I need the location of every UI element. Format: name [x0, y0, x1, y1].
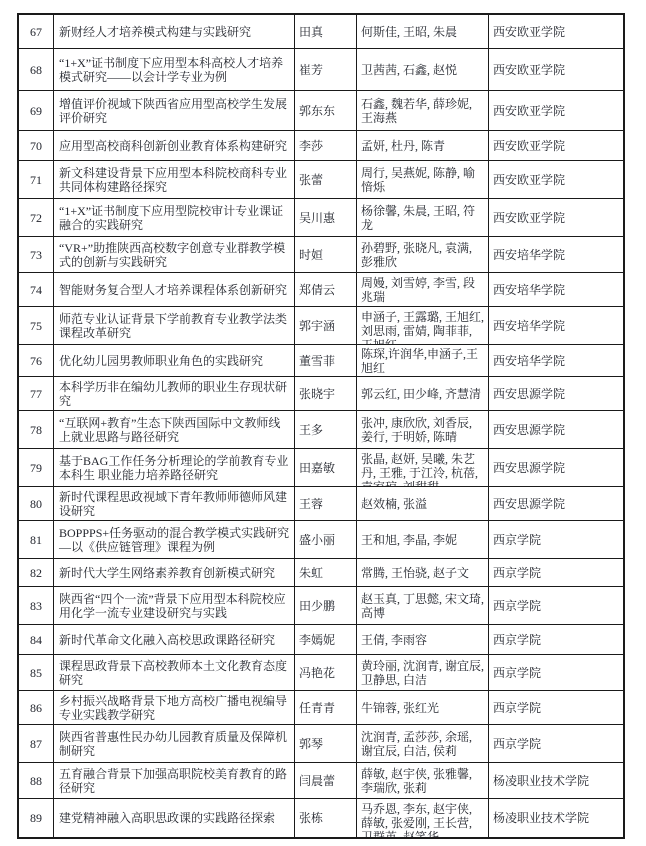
member-names: 周嫚, 刘雪婷, 李雪, 段兆瑞 [361, 276, 484, 304]
project-title: BOPPPS+任务驱动的混合教学模式实践研究—以《供应链管理》课程为例 [59, 526, 290, 554]
project-title: 基于BAG工作任务分析理论的学前教育专业本科生 职业能力培养路径研究 [59, 454, 290, 482]
row-number-cell: 79 [19, 449, 54, 486]
member-names: 张冲, 康欣欣, 刘香辰, 姜行, 于明娇, 陈晴 [361, 416, 484, 444]
table-row: 82 新时代大学生网络素养教育创新模式研究 朱虹 常腾, 王怡骁, 赵子文 西京… [19, 559, 623, 587]
table-row: 77 本科学历非在编幼儿教师的职业生存现状研究 张晓宇 郭云红, 田少峰, 齐慧… [19, 377, 623, 411]
member-names: 赵效楠, 张溢 [361, 497, 427, 511]
institution-cell: 西安思源学院 [489, 377, 623, 410]
table-row: 87 陕西省普惠性民办幼儿园教育质量及保障机制研究 郭琴 沈润青, 孟莎莎, 余… [19, 725, 623, 763]
leader-name: 吴川惠 [299, 211, 335, 225]
leader-cell: 张栋 [295, 799, 357, 837]
leader-name: 田嘉敏 [299, 461, 335, 475]
institution-name: 西安欧亚学院 [493, 139, 565, 153]
table-row: 76 优化幼儿园男教师职业角色的实践研究 董雪菲 陈琛,许润华,申涵子,王旭红 … [19, 345, 623, 377]
row-number: 80 [30, 497, 42, 511]
institution-name: 西安培华学院 [493, 354, 565, 368]
members-cell: 常腾, 王怡骁, 赵子文 [357, 559, 489, 586]
member-names: 常腾, 王怡骁, 赵子文 [361, 566, 469, 580]
members-cell: 张晶, 赵妍, 吴曦, 朱艺丹, 王雅, 于江泠, 杭蓓, 袁家琼, 刘甜甜 [357, 449, 489, 486]
members-cell: 张冲, 康欣欣, 刘香辰, 姜行, 于明娇, 陈晴 [357, 411, 489, 448]
row-number-cell: 78 [19, 411, 54, 448]
leader-cell: 郭宇涵 [295, 307, 357, 344]
member-names: 黄玲丽, 沈润青, 谢宜辰, 卫静思, 白洁 [361, 659, 484, 687]
row-number: 86 [30, 701, 42, 715]
institution-cell: 西安欧亚学院 [489, 199, 623, 236]
members-cell: 赵效楠, 张溢 [357, 487, 489, 520]
project-title-cell: 智能财务复合型人才培养课程体系创新研究 [54, 273, 295, 306]
project-title: 新时代革命文化融入高校思政课路径研究 [59, 633, 275, 647]
row-number-cell: 89 [19, 799, 54, 837]
leader-name: 郭宇涵 [299, 319, 335, 333]
institution-cell: 西安思源学院 [489, 411, 623, 448]
institution-name: 西京学院 [493, 701, 541, 715]
row-number-cell: 82 [19, 559, 54, 586]
table-row: 88 五育融合背景下加强高职院校美育教育的路径研究 闫晨蕾 薛敏, 赵宇侠, 张… [19, 763, 623, 799]
leader-name: 朱虹 [299, 566, 323, 580]
leader-cell: 董雪菲 [295, 345, 357, 376]
members-cell: 郭云红, 田少峰, 齐慧清 [357, 377, 489, 410]
members-cell: 黄玲丽, 沈润青, 谢宜辰, 卫静思, 白洁 [357, 655, 489, 690]
members-cell: 孟妍, 杜丹, 陈青 [357, 131, 489, 160]
table-row: 80 新时代课程思政视域下青年教师师德师风建设研究 王蓉 赵效楠, 张溢 西安思… [19, 487, 623, 521]
project-title: 师范专业认证背景下学前教育专业教学法类课程改革研究 [59, 312, 290, 340]
leader-cell: 郑倩云 [295, 273, 357, 306]
member-names: 周行, 吴燕妮, 陈静, 喻愔烁 [361, 166, 484, 194]
institution-name: 西安欧亚学院 [493, 63, 565, 77]
institution-cell: 西安思源学院 [489, 449, 623, 486]
institution-cell: 西安培华学院 [489, 345, 623, 376]
table-row: 85 课程思政背景下高校教师本土文化教育态度研究 冯艳花 黄玲丽, 沈润青, 谢… [19, 655, 623, 691]
member-names: 张晶, 赵妍, 吴曦, 朱艺丹, 王雅, 于江泠, 杭蓓, 袁家琼, 刘甜甜 [361, 452, 484, 486]
institution-cell: 西京学院 [489, 725, 623, 762]
leader-cell: 朱虹 [295, 559, 357, 586]
leader-name: 王多 [299, 423, 323, 437]
leader-name: 张蕾 [299, 173, 323, 187]
row-number-cell: 72 [19, 199, 54, 236]
leader-name: 冯艳花 [299, 666, 335, 680]
table-row: 75 师范专业认证背景下学前教育专业教学法类课程改革研究 郭宇涵 申涵子, 王露… [19, 307, 623, 345]
institution-name: 西安思源学院 [493, 461, 565, 475]
members-cell: 赵玉真, 丁思懿, 宋文琦, 高博 [357, 587, 489, 624]
leader-cell: 李莎 [295, 131, 357, 160]
table-row: 78 “互联网+教育”生态下陕西国际中文教师线上就业思路与路径研究 王多 张冲,… [19, 411, 623, 449]
member-names: 何斯佳, 王昭, 朱晨 [361, 25, 457, 39]
members-cell: 周嫚, 刘雪婷, 李雪, 段兆瑞 [357, 273, 489, 306]
project-title: 新时代课程思政视域下青年教师师德师风建设研究 [59, 490, 290, 518]
row-number: 74 [30, 283, 42, 297]
project-title: 课程思政背景下高校教师本土文化教育态度研究 [59, 659, 290, 687]
project-title-cell: 增值评价视域下陕西省应用型高校学生发展评价研究 [54, 91, 295, 130]
leader-name: 田真 [299, 25, 323, 39]
member-names: 陈琛,许润华,申涵子,王旭红 [361, 347, 484, 375]
table-row: 73 “VR+”助推陕西高校数字创意专业群教学模式的创新与实践研究 时姮 孙碧野… [19, 237, 623, 273]
project-title: 建党精神融入高职思政课的实践路径探索 [59, 811, 275, 825]
project-title-cell: 本科学历非在编幼儿教师的职业生存现状研究 [54, 377, 295, 410]
member-names: 石鑫, 魏若华, 薛珍妮, 王海燕 [361, 97, 484, 125]
member-names: 孟妍, 杜丹, 陈青 [361, 139, 445, 153]
institution-cell: 杨凌职业技术学院 [489, 763, 623, 798]
institution-cell: 西京学院 [489, 587, 623, 624]
table-row: 71 新文科建设背景下应用型本科院校商科专业共同体构建路径探究 张蕾 周行, 吴… [19, 161, 623, 199]
institution-name: 西京学院 [493, 566, 541, 580]
project-title-cell: 新时代革命文化融入高校思政课路径研究 [54, 625, 295, 654]
leader-name: 郭东东 [299, 104, 335, 118]
leader-name: 田少鹏 [299, 599, 335, 613]
institution-cell: 西安培华学院 [489, 237, 623, 272]
project-title-cell: 五育融合背景下加强高职院校美育教育的路径研究 [54, 763, 295, 798]
project-title-cell: 新时代课程思政视域下青年教师师德师风建设研究 [54, 487, 295, 520]
institution-cell: 西京学院 [489, 559, 623, 586]
members-cell: 陈琛,许润华,申涵子,王旭红 [357, 345, 489, 376]
leader-cell: 冯艳花 [295, 655, 357, 690]
institution-name: 西安欧亚学院 [493, 211, 565, 225]
members-cell: 杨徐馨, 朱晨, 王昭, 符龙 [357, 199, 489, 236]
project-title-cell: 课程思政背景下高校教师本土文化教育态度研究 [54, 655, 295, 690]
members-cell: 卫茜茜, 石鑫, 赵悦 [357, 49, 489, 90]
project-title-cell: “1+X”证书制度下应用型本科高校人才培养模式研究——以会计学专业为例 [54, 49, 295, 90]
leader-cell: 田少鹏 [295, 587, 357, 624]
row-number-cell: 70 [19, 131, 54, 160]
institution-name: 西京学院 [493, 737, 541, 751]
institution-cell: 西安培华学院 [489, 307, 623, 344]
project-title-cell: 建党精神融入高职思政课的实践路径探索 [54, 799, 295, 837]
member-names: 王倩, 李雨容 [361, 633, 427, 647]
table-row: 84 新时代革命文化融入高校思政课路径研究 李嫣妮 王倩, 李雨容 西京学院 [19, 625, 623, 655]
members-cell: 王倩, 李雨容 [357, 625, 489, 654]
row-number-cell: 71 [19, 161, 54, 198]
project-title: 陕西省普惠性民办幼儿园教育质量及保障机制研究 [59, 730, 290, 758]
leader-name: 郑倩云 [299, 283, 335, 297]
project-title-cell: “1+X”证书制度下应用型院校审计专业课证融合的实践研究 [54, 199, 295, 236]
project-title-cell: 新文科建设背景下应用型本科院校商科专业共同体构建路径探究 [54, 161, 295, 198]
leader-name: 王蓉 [299, 497, 323, 511]
row-number-cell: 80 [19, 487, 54, 520]
row-number: 75 [30, 319, 42, 333]
member-names: 牛锦蓉, 张红光 [361, 701, 439, 715]
leader-name: 董雪菲 [299, 354, 335, 368]
member-names: 王和旭, 李晶, 李妮 [361, 533, 457, 547]
institution-name: 西安思源学院 [493, 423, 565, 437]
member-names: 杨徐馨, 朱晨, 王昭, 符龙 [361, 204, 484, 232]
project-title-cell: “VR+”助推陕西高校数字创意专业群教学模式的创新与实践研究 [54, 237, 295, 272]
project-title-cell: 新时代大学生网络素养教育创新模式研究 [54, 559, 295, 586]
project-title: 新时代大学生网络素养教育创新模式研究 [59, 566, 275, 580]
leader-cell: 田真 [295, 15, 357, 48]
row-number: 88 [30, 774, 42, 788]
row-number-cell: 75 [19, 307, 54, 344]
leader-cell: 郭东东 [295, 91, 357, 130]
institution-name: 西安欧亚学院 [493, 104, 565, 118]
row-number: 67 [30, 25, 42, 39]
row-number-cell: 88 [19, 763, 54, 798]
project-title: 陕西省“四个一流”背景下应用型本科院校应用化学一流专业建设研究与实践 [59, 592, 290, 620]
institution-cell: 西京学院 [489, 655, 623, 690]
project-title-cell: 新财经人才培养模式构建与实践研究 [54, 15, 295, 48]
project-title-cell: 师范专业认证背景下学前教育专业教学法类课程改革研究 [54, 307, 295, 344]
leader-cell: 盛小丽 [295, 521, 357, 558]
project-title: “1+X”证书制度下应用型院校审计专业课证融合的实践研究 [59, 204, 290, 232]
institution-name: 西京学院 [493, 599, 541, 613]
project-title: “1+X”证书制度下应用型本科高校人才培养模式研究——以会计学专业为例 [59, 56, 290, 84]
leader-name: 任青青 [299, 701, 335, 715]
row-number: 84 [30, 633, 42, 647]
row-number: 87 [30, 737, 42, 751]
project-title-cell: 应用型高校商科创新创业教育体系构建研究 [54, 131, 295, 160]
member-names: 沈润青, 孟莎莎, 余瑶, 谢宜辰, 白洁, 侯莉 [361, 730, 484, 758]
institution-cell: 西安思源学院 [489, 487, 623, 520]
row-number-cell: 84 [19, 625, 54, 654]
row-number: 72 [30, 211, 42, 225]
row-number: 78 [30, 423, 42, 437]
institution-cell: 西安欧亚学院 [489, 49, 623, 90]
table-row: 68 “1+X”证书制度下应用型本科高校人才培养模式研究——以会计学专业为例 崔… [19, 49, 623, 91]
leader-cell: 王蓉 [295, 487, 357, 520]
row-number: 85 [30, 666, 42, 680]
table-row: 69 增值评价视域下陕西省应用型高校学生发展评价研究 郭东东 石鑫, 魏若华, … [19, 91, 623, 131]
institution-cell: 西安培华学院 [489, 273, 623, 306]
member-names: 马乔恩, 李东, 赵宇侠, 薛敏, 张爱刚, 王长营, 卫群英, 赵笑华 [361, 802, 484, 837]
member-names: 申涵子, 王露璐, 王旭红, 刘思雨, 雷婧, 陶菲菲, 王旭红 [361, 310, 484, 344]
leader-name: 郭琴 [299, 737, 323, 751]
project-title: 五育融合背景下加强高职院校美育教育的路径研究 [59, 767, 290, 795]
leader-cell: 李嫣妮 [295, 625, 357, 654]
project-title-cell: 基于BAG工作任务分析理论的学前教育专业本科生 职业能力培养路径研究 [54, 449, 295, 486]
leader-name: 盛小丽 [299, 533, 335, 547]
row-number: 83 [30, 599, 42, 613]
project-title: “VR+”助推陕西高校数字创意专业群教学模式的创新与实践研究 [59, 241, 290, 269]
table-row: 81 BOPPPS+任务驱动的混合教学模式实践研究—以《供应链管理》课程为例 盛… [19, 521, 623, 559]
table-row: 79 基于BAG工作任务分析理论的学前教育专业本科生 职业能力培养路径研究 田嘉… [19, 449, 623, 487]
table-row: 86 乡村振兴战略背景下地方高校广播电视编导专业实践教学研究 任青青 牛锦蓉, … [19, 691, 623, 725]
institution-cell: 西安欧亚学院 [489, 91, 623, 130]
institution-name: 西安培华学院 [493, 283, 565, 297]
members-cell: 沈润青, 孟莎莎, 余瑶, 谢宜辰, 白洁, 侯莉 [357, 725, 489, 762]
project-title: 增值评价视域下陕西省应用型高校学生发展评价研究 [59, 97, 290, 125]
project-title: 应用型高校商科创新创业教育体系构建研究 [59, 139, 287, 153]
row-number-cell: 76 [19, 345, 54, 376]
project-title-cell: 乡村振兴战略背景下地方高校广播电视编导专业实践教学研究 [54, 691, 295, 724]
row-number-cell: 69 [19, 91, 54, 130]
row-number-cell: 77 [19, 377, 54, 410]
row-number: 68 [30, 63, 42, 77]
row-number: 71 [30, 173, 42, 187]
leader-name: 时姮 [299, 248, 323, 262]
row-number: 89 [30, 811, 42, 825]
members-cell: 周行, 吴燕妮, 陈静, 喻愔烁 [357, 161, 489, 198]
member-names: 孙碧野, 张晓凡, 袁满, 彭雅欣 [361, 241, 484, 269]
leader-cell: 闫晨蕾 [295, 763, 357, 798]
row-number-cell: 68 [19, 49, 54, 90]
institution-name: 西京学院 [493, 533, 541, 547]
row-number: 69 [30, 104, 42, 118]
leader-name: 崔芳 [299, 63, 323, 77]
institution-cell: 西京学院 [489, 521, 623, 558]
row-number-cell: 67 [19, 15, 54, 48]
row-number: 81 [30, 533, 42, 547]
table-row: 72 “1+X”证书制度下应用型院校审计专业课证融合的实践研究 吴川惠 杨徐馨,… [19, 199, 623, 237]
members-cell: 薛敏, 赵宇侠, 张雅馨, 李瑞欣, 张莉 [357, 763, 489, 798]
project-title-cell: 陕西省“四个一流”背景下应用型本科院校应用化学一流专业建设研究与实践 [54, 587, 295, 624]
leader-cell: 吴川惠 [295, 199, 357, 236]
institution-name: 西安欧亚学院 [493, 173, 565, 187]
leader-cell: 张晓宇 [295, 377, 357, 410]
leader-name: 闫晨蕾 [299, 774, 335, 788]
row-number-cell: 73 [19, 237, 54, 272]
table-row: 67 新财经人才培养模式构建与实践研究 田真 何斯佳, 王昭, 朱晨 西安欧亚学… [19, 15, 623, 49]
projects-table: 67 新财经人才培养模式构建与实践研究 田真 何斯佳, 王昭, 朱晨 西安欧亚学… [17, 13, 625, 839]
institution-name: 杨凌职业技术学院 [493, 811, 589, 825]
project-title: 智能财务复合型人才培养课程体系创新研究 [59, 283, 287, 297]
leader-cell: 张蕾 [295, 161, 357, 198]
leader-cell: 田嘉敏 [295, 449, 357, 486]
leader-name: 李嫣妮 [299, 633, 335, 647]
institution-cell: 西京学院 [489, 691, 623, 724]
member-names: 郭云红, 田少峰, 齐慧清 [361, 387, 481, 401]
project-title: 新文科建设背景下应用型本科院校商科专业共同体构建路径探究 [59, 166, 290, 194]
row-number-cell: 87 [19, 725, 54, 762]
row-number-cell: 74 [19, 273, 54, 306]
member-names: 赵玉真, 丁思懿, 宋文琦, 高博 [361, 592, 484, 620]
members-cell: 何斯佳, 王昭, 朱晨 [357, 15, 489, 48]
leader-name: 张晓宇 [299, 387, 335, 401]
row-number: 77 [30, 387, 42, 401]
members-cell: 石鑫, 魏若华, 薛珍妮, 王海燕 [357, 91, 489, 130]
row-number-cell: 86 [19, 691, 54, 724]
leader-cell: 时姮 [295, 237, 357, 272]
institution-name: 西安思源学院 [493, 497, 565, 511]
row-number: 73 [30, 248, 42, 262]
leader-cell: 王多 [295, 411, 357, 448]
institution-name: 西安欧亚学院 [493, 25, 565, 39]
members-cell: 孙碧野, 张晓凡, 袁满, 彭雅欣 [357, 237, 489, 272]
institution-name: 西安思源学院 [493, 387, 565, 401]
members-cell: 王和旭, 李晶, 李妮 [357, 521, 489, 558]
leader-cell: 任青青 [295, 691, 357, 724]
members-cell: 牛锦蓉, 张红光 [357, 691, 489, 724]
institution-cell: 西京学院 [489, 625, 623, 654]
institution-cell: 西安欧亚学院 [489, 131, 623, 160]
project-title: 新财经人才培养模式构建与实践研究 [59, 25, 251, 39]
row-number: 82 [30, 566, 42, 580]
project-title-cell: 优化幼儿园男教师职业角色的实践研究 [54, 345, 295, 376]
project-title-cell: “互联网+教育”生态下陕西国际中文教师线上就业思路与路径研究 [54, 411, 295, 448]
row-number: 79 [30, 461, 42, 475]
leader-cell: 郭琴 [295, 725, 357, 762]
table-row: 89 建党精神融入高职思政课的实践路径探索 张栋 马乔恩, 李东, 赵宇侠, 薛… [19, 799, 623, 837]
document-page: 67 新财经人才培养模式构建与实践研究 田真 何斯佳, 王昭, 朱晨 西安欧亚学… [0, 0, 646, 846]
institution-name: 西安培华学院 [493, 248, 565, 262]
members-cell: 马乔恩, 李东, 赵宇侠, 薛敏, 张爱刚, 王长营, 卫群英, 赵笑华 [357, 799, 489, 837]
institution-name: 西京学院 [493, 633, 541, 647]
institution-name: 西安培华学院 [493, 319, 565, 333]
institution-cell: 杨凌职业技术学院 [489, 799, 623, 837]
project-title-cell: BOPPPS+任务驱动的混合教学模式实践研究—以《供应链管理》课程为例 [54, 521, 295, 558]
leader-name: 张栋 [299, 811, 323, 825]
leader-name: 李莎 [299, 139, 323, 153]
project-title-cell: 陕西省普惠性民办幼儿园教育质量及保障机制研究 [54, 725, 295, 762]
row-number: 76 [30, 354, 42, 368]
table-row: 83 陕西省“四个一流”背景下应用型本科院校应用化学一流专业建设研究与实践 田少… [19, 587, 623, 625]
institution-name: 杨凌职业技术学院 [493, 774, 589, 788]
row-number-cell: 83 [19, 587, 54, 624]
project-title: “互联网+教育”生态下陕西国际中文教师线上就业思路与路径研究 [59, 416, 290, 444]
project-title: 优化幼儿园男教师职业角色的实践研究 [59, 354, 263, 368]
project-title: 本科学历非在编幼儿教师的职业生存现状研究 [59, 380, 290, 408]
row-number-cell: 81 [19, 521, 54, 558]
project-title: 乡村振兴战略背景下地方高校广播电视编导专业实践教学研究 [59, 694, 290, 722]
member-names: 卫茜茜, 石鑫, 赵悦 [361, 63, 457, 77]
members-cell: 申涵子, 王露璐, 王旭红, 刘思雨, 雷婧, 陶菲菲, 王旭红 [357, 307, 489, 344]
row-number: 70 [30, 139, 42, 153]
table-row: 74 智能财务复合型人才培养课程体系创新研究 郑倩云 周嫚, 刘雪婷, 李雪, … [19, 273, 623, 307]
institution-cell: 西安欧亚学院 [489, 15, 623, 48]
member-names: 薛敏, 赵宇侠, 张雅馨, 李瑞欣, 张莉 [361, 767, 484, 795]
institution-cell: 西安欧亚学院 [489, 161, 623, 198]
table-row: 70 应用型高校商科创新创业教育体系构建研究 李莎 孟妍, 杜丹, 陈青 西安欧… [19, 131, 623, 161]
leader-cell: 崔芳 [295, 49, 357, 90]
row-number-cell: 85 [19, 655, 54, 690]
institution-name: 西京学院 [493, 666, 541, 680]
